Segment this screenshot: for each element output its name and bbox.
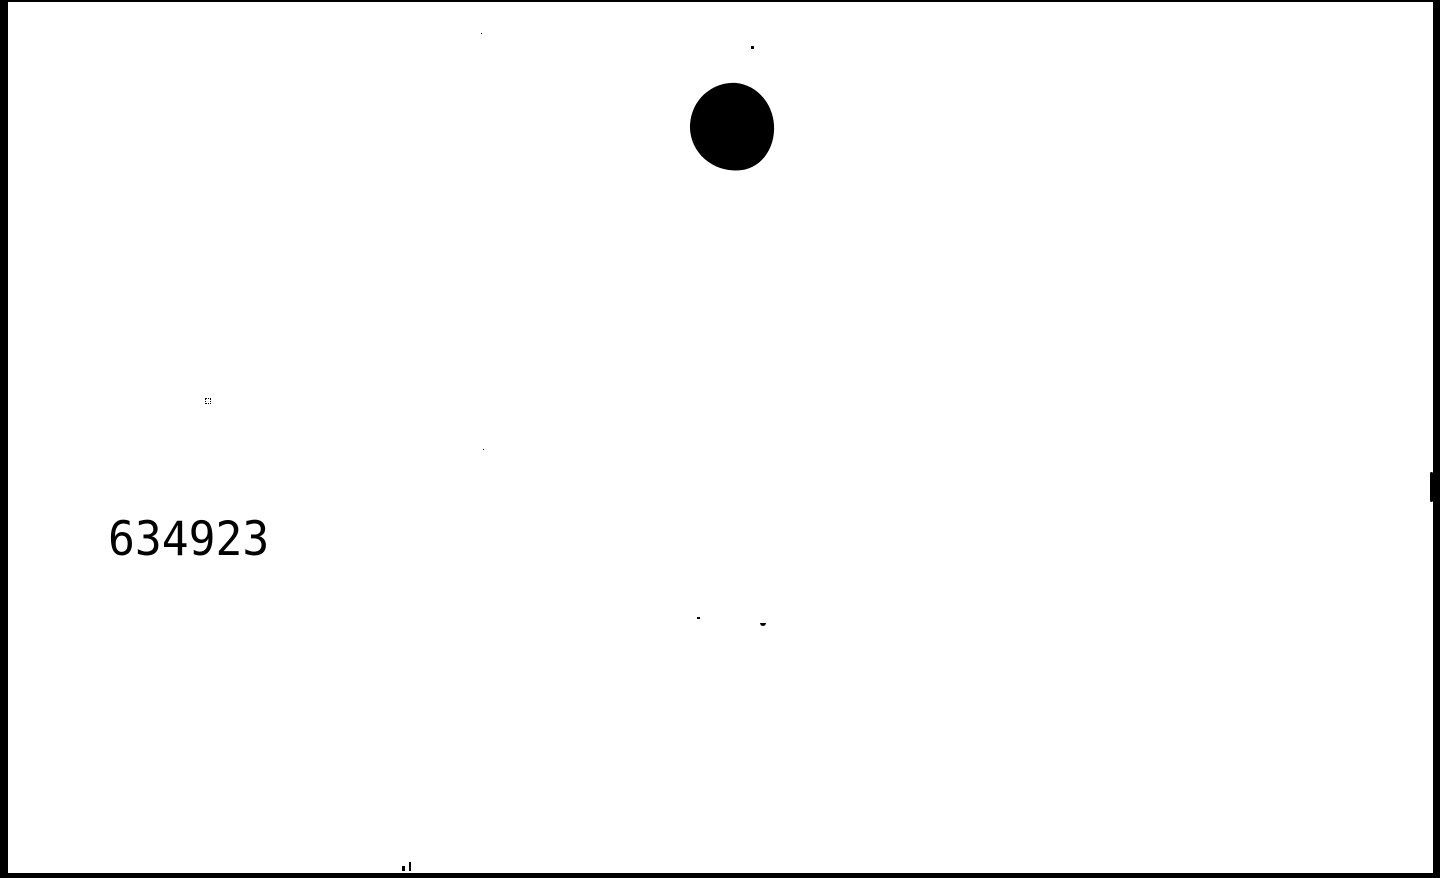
punch-hole — [684, 78, 779, 177]
scan-speck — [409, 862, 411, 871]
scan-border: 634923 — [0, 0, 1440, 878]
scan-speck — [751, 46, 754, 49]
scan-speck — [760, 623, 766, 626]
scan-speck — [481, 33, 482, 34]
scan-speck — [205, 398, 211, 404]
scanned-card: 634923 — [8, 2, 1433, 873]
scan-speck — [483, 449, 484, 450]
scan-speck — [697, 617, 700, 619]
scan-speck — [402, 866, 405, 871]
card-number: 634923 — [108, 510, 269, 570]
edge-nick — [1430, 472, 1433, 502]
